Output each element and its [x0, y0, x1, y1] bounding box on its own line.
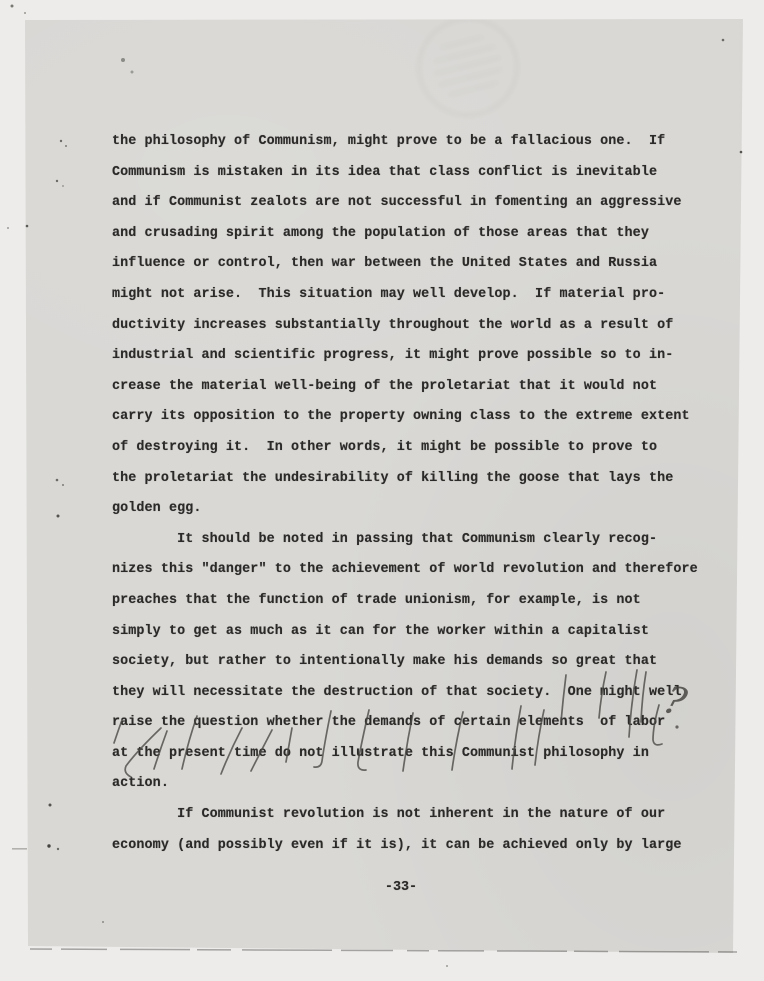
page-number: -33- [112, 872, 690, 903]
typewritten-line: crease the material well-being of the pr… [112, 372, 707, 403]
typewritten-line: industrial and scientific progress, it m… [112, 341, 707, 372]
typewritten-line: nizes this "danger" to the achievement o… [112, 555, 707, 586]
typewritten-line: at the present time do not illustrate th… [112, 739, 707, 770]
paper-sheet: the philosophy of Communism, might prove… [0, 0, 764, 981]
typewritten-line: action. [112, 769, 707, 800]
typewritten-line: they will necessitate the destruction of… [112, 678, 707, 709]
typewritten-line: carry its opposition to the property own… [112, 402, 707, 433]
typewritten-line: influence or control, then war between t… [112, 249, 707, 280]
typewritten-line: simply to get as much as it can for the … [112, 617, 707, 648]
typewritten-line: raise the question whether the demands o… [112, 708, 707, 739]
typewritten-line: If Communist revolution is not inherent … [112, 800, 707, 831]
typewritten-line: the philosophy of Communism, might prove… [112, 127, 707, 158]
typewritten-line: It should be noted in passing that Commu… [112, 525, 707, 556]
typewritten-line: might not arise. This situation may well… [112, 280, 707, 311]
stamp-ghost [408, 7, 529, 126]
typewritten-line: Communism is mistaken in its idea that c… [112, 158, 707, 189]
typewritten-line: ductivity increases substantially throug… [112, 311, 707, 342]
typewritten-line: of destroying it. In other words, it mig… [112, 433, 707, 464]
typewritten-line: economy (and possibly even if it is), it… [112, 831, 707, 862]
typewritten-line: society, but rather to intentionally mak… [112, 647, 707, 678]
typewritten-line: the proletariat the undesirability of ki… [112, 464, 707, 495]
typewritten-line: golden egg. [112, 494, 707, 525]
typewritten-line: preaches that the function of trade unio… [112, 586, 707, 617]
typewritten-line: and crusading spirit among the populatio… [112, 219, 707, 250]
typewritten-line: and if Communist zealots are not success… [112, 188, 707, 219]
scan-background: the philosophy of Communism, might prove… [0, 0, 764, 981]
typewritten-text-block: the philosophy of Communism, might prove… [112, 127, 707, 861]
